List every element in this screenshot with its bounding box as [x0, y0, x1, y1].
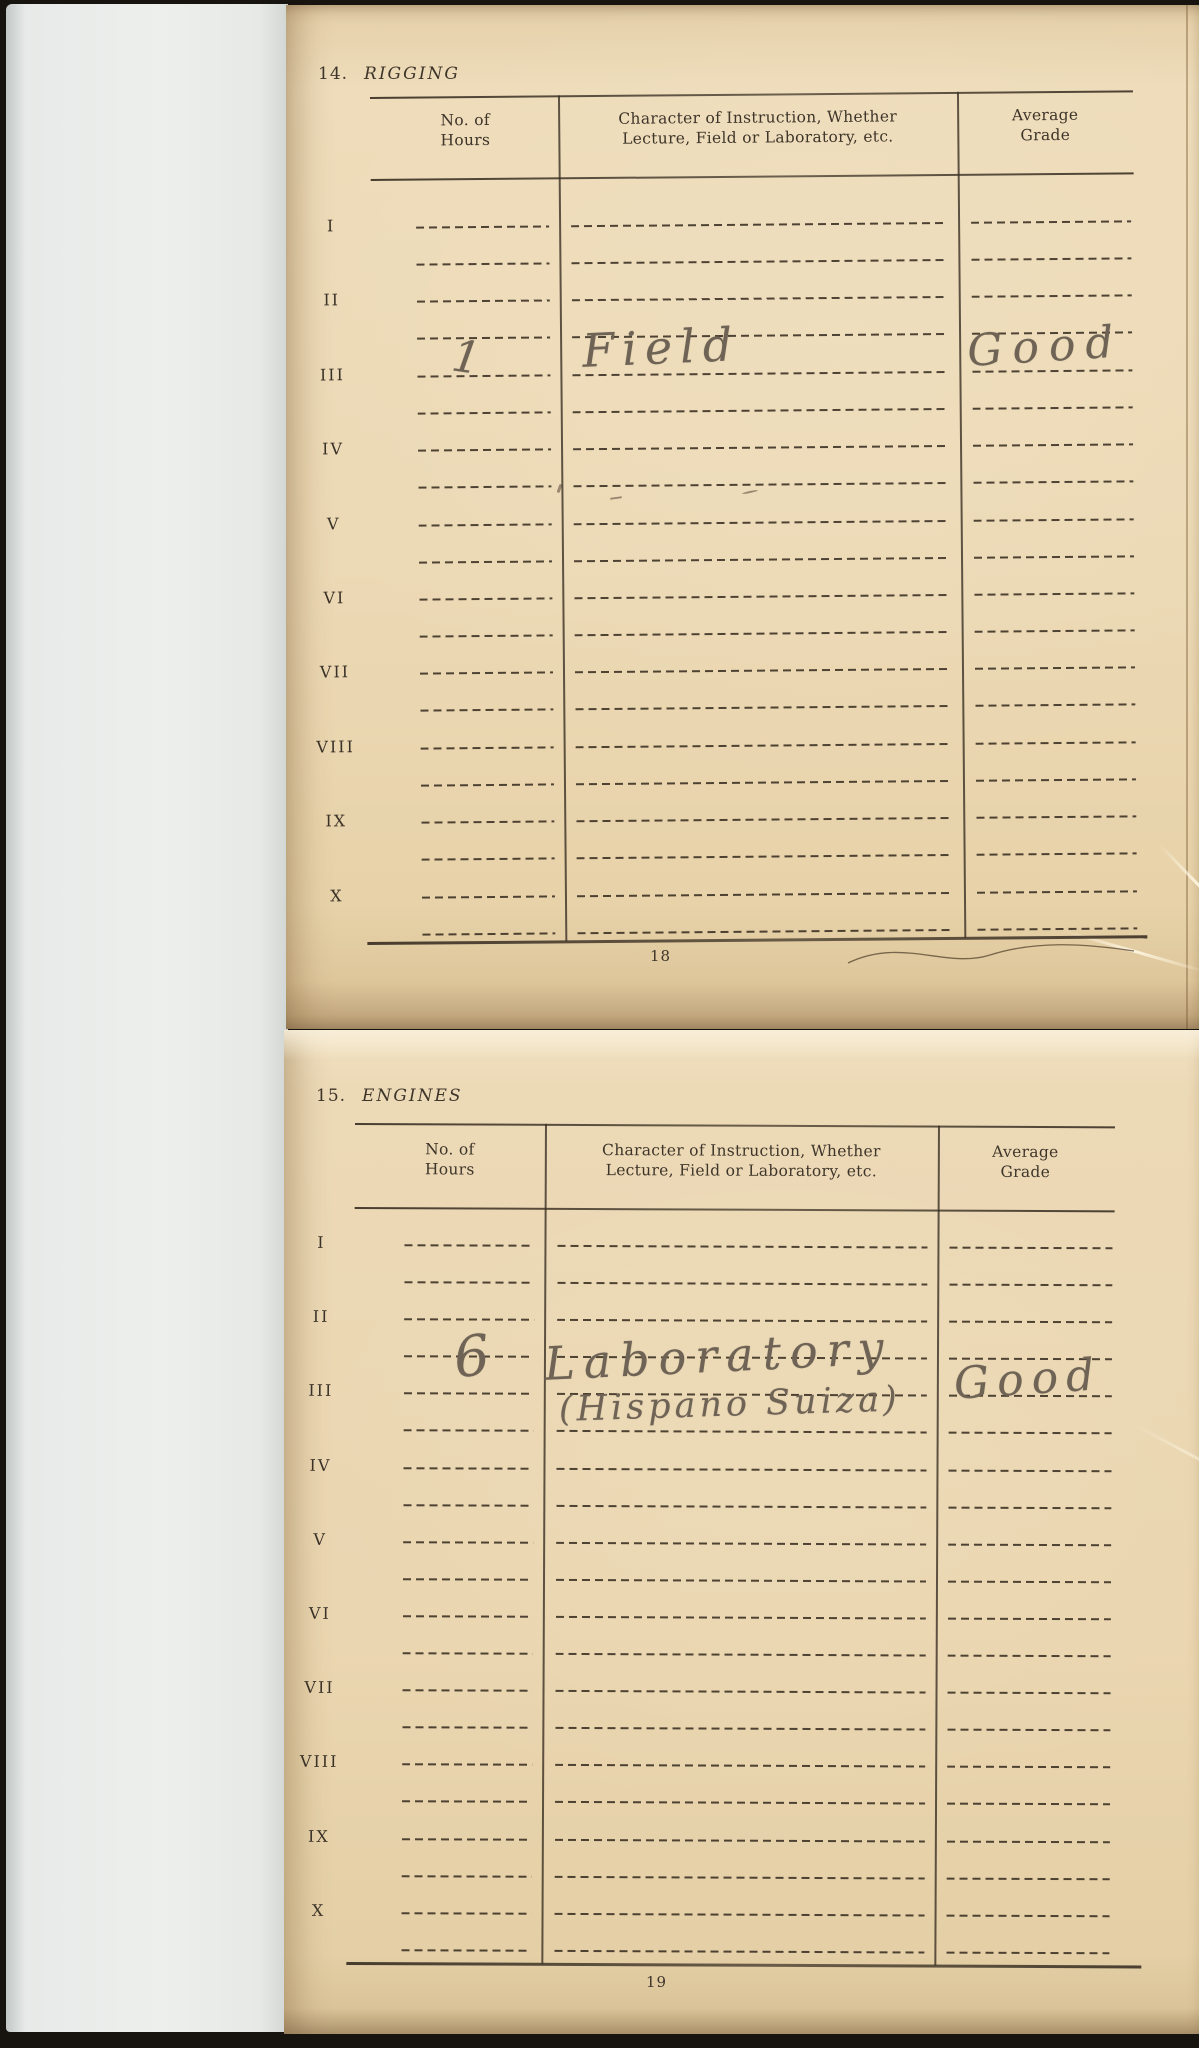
column-header-character: Character of Instruction, Whether Lectur… [545, 1141, 938, 1182]
table-row: IX [284, 1824, 1129, 1902]
table-row: V [285, 1527, 1130, 1605]
column-header-line: Hours [360, 1160, 540, 1181]
table-row: VI [285, 1602, 1130, 1680]
handwritten-character-note: (Hispano Suiza) [558, 1380, 901, 1430]
handwritten-hours: 6 [451, 1323, 493, 1391]
row-numeral: X [284, 1900, 354, 1919]
column-header-line: Character of Instruction, Whether [545, 1141, 938, 1163]
row-numeral: VII [284, 1678, 354, 1697]
page-number: 19 [646, 1973, 667, 1991]
table-border [355, 1207, 1115, 1212]
row-numeral: V [285, 1529, 355, 1548]
engines-section: 15.ENGINES No. of Hours Character of Ins… [0, 0, 1199, 2048]
row-numeral: IV [285, 1455, 355, 1474]
column-header-line: Average [938, 1143, 1113, 1164]
table-rows: I II III 6 Laboratory (Hispano Suiza) Go… [283, 1231, 1131, 1977]
instruction-table: No. of Hours Character of Instruction, W… [0, 0, 1199, 2048]
table-row: I [286, 1231, 1131, 1309]
column-header-hours: No. of Hours [360, 1140, 540, 1180]
handwritten-grade: Good [952, 1350, 1103, 1411]
column-header-line: No. of [360, 1140, 540, 1161]
column-header-line: Grade [938, 1162, 1113, 1183]
table-row: VII [284, 1676, 1129, 1754]
table-row: X [283, 1898, 1128, 1976]
row-numeral: IX [284, 1826, 354, 1845]
row-numeral: VI [285, 1604, 355, 1623]
table-border [355, 1123, 1115, 1128]
table-row: IV [285, 1453, 1130, 1531]
table-row: VIII [284, 1750, 1129, 1828]
row-numeral: III [286, 1381, 356, 1400]
row-numeral: VIII [284, 1752, 354, 1771]
row-numeral: II [286, 1307, 356, 1326]
scanned-document: 14.RIGGING No. of Hours Character of Ins… [0, 0, 1199, 2048]
table-row: III 6 Laboratory (Hispano Suiza) Good [286, 1379, 1131, 1457]
row-numeral: I [286, 1233, 356, 1252]
column-header-line: Lecture, Field or Laboratory, etc. [545, 1161, 938, 1183]
column-header-grade: Average Grade [938, 1143, 1113, 1183]
